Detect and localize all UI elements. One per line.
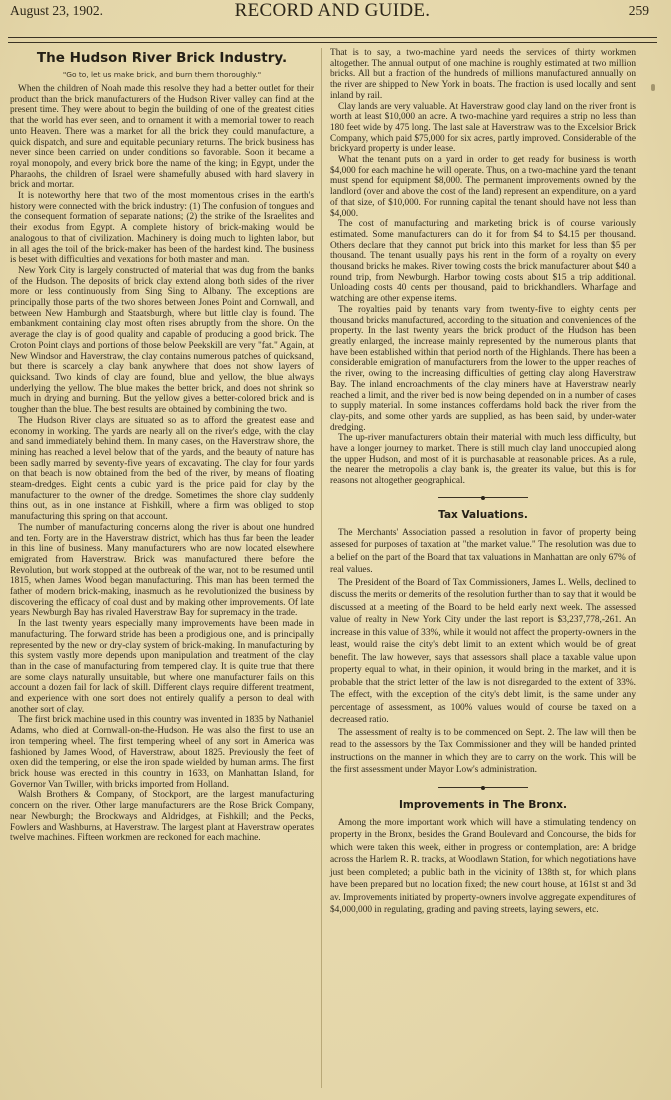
newspaper-page: August 23, 1902. RECORD AND GUIDE. 259 T… [0,0,671,1100]
bronx-article-body: Among the more important work which will… [330,817,636,917]
article-paragraph: Walsh Brothers & Company, of Stockport, … [10,790,314,844]
section-separator [330,491,636,505]
article-paragraph: The Hudson River clays are situated so a… [10,416,314,523]
page-stain [651,84,655,91]
masthead-rule [8,37,657,43]
tax-article-body: The Merchants' Association passed a reso… [330,527,636,777]
article-paragraph: What the tenant puts on a yard in order … [330,155,636,219]
article-paragraph: Clay lands are very valuable. At Haverst… [330,102,636,156]
article-headline-tax: Tax Valuations. [330,509,636,522]
page-number: 259 [629,3,649,19]
article-paragraph: The first brick machine used in this cou… [10,715,314,790]
article-epigraph: "Go to, let us make brick, and burn them… [10,70,314,80]
masthead: August 23, 1902. RECORD AND GUIDE. 259 [8,0,657,38]
article-paragraph: That is to say, a two-machine yard needs… [330,48,636,102]
article-paragraph: The royalties paid by tenants vary from … [330,305,636,433]
column-divider [321,48,322,1088]
article-headline-hudson: The Hudson River Brick Industry. [10,50,314,66]
article-headline-bronx: Improvements in The Bronx. [330,799,636,812]
article-paragraph: The number of manufacturing concerns alo… [10,523,314,619]
right-column: That is to say, a two-machine yard needs… [330,48,636,917]
article-paragraph: It is noteworthy here that two of the mo… [10,191,314,266]
article-paragraph: The President of the Board of Tax Commis… [330,577,636,727]
article-paragraph: The assessment of realty is to be commen… [330,727,636,777]
publication-title: RECORD AND GUIDE. [8,0,657,22]
article-paragraph: The cost of manufacturing and marketing … [330,219,636,305]
article-paragraph: The Merchants' Association passed a reso… [330,527,636,577]
article-paragraph: The up-river manufacturers obtain their … [330,433,636,487]
left-column: The Hudson River Brick Industry. "Go to,… [10,48,314,844]
article-paragraph: Among the more important work which will… [330,817,636,917]
article-paragraph: New York City is largely constructed of … [10,266,314,416]
article-paragraph: When the children of Noah made this reso… [10,84,314,191]
article-paragraph: In the last twenty years especially many… [10,619,314,715]
section-separator [330,781,636,795]
